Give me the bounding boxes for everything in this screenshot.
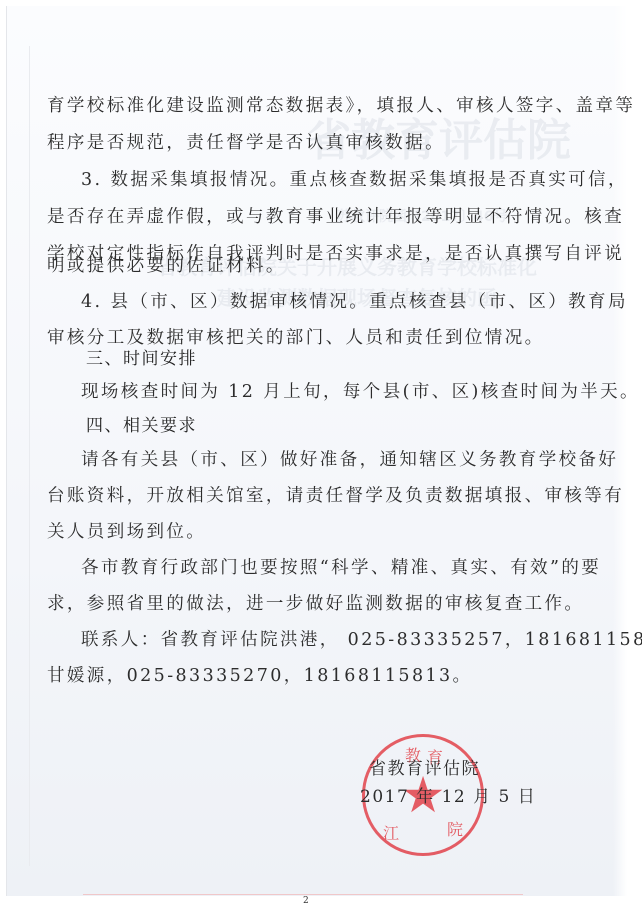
seal-char: 江 (383, 821, 399, 844)
seal-char: 院 (447, 817, 463, 840)
paragraph-line: 各市教育行政部门也要按照“科学、精准、真实、有效”的要 (81, 554, 601, 579)
section-heading-schedule: 三、时间安排 (86, 344, 197, 369)
paragraph-line: 程序是否规范，责任督学是否认真审核数据。 (47, 129, 445, 154)
contact-line: 联系人：省教育评估院洪港， 025-83335257，18168115838； (81, 626, 642, 651)
document-page: 省教育评估院 省教育评估院关于开展义务教育学校标准化 建设监测数据现场督查复核的… (6, 6, 627, 896)
paragraph-line: 台账资料，开放相关馆室，请责任督学及负责数据填报、审核等有 (47, 482, 624, 507)
section-heading-requirements: 四、相关要求 (86, 411, 197, 436)
paragraph-line: 现场核查时间为 12 月上旬，每个县(市、区)核查时间为半天。 (81, 378, 640, 403)
paragraph-line: 关人员到场到位。 (47, 518, 206, 543)
paragraph-line: 3. 数据采集填报情况。重点核查数据采集填报是否真实可信， (81, 166, 628, 191)
paragraph-line: 是否存在弄虚作假，或与教育事业统计年报等明显不符情况。核查 (47, 203, 624, 228)
page-number: 2 (303, 896, 309, 906)
contact-line: 甘媛源，025-83335270，18168115813。 (47, 662, 472, 687)
paragraph-line: 请各有关县（市、区）做好准备，通知辖区义务教育学校备好 (81, 446, 618, 471)
paragraph-line: 明或提供必要的佐证材料。 (47, 252, 286, 277)
paragraph-line: 育学校标准化建设监测常态数据表》，填报人、审核人签字、盖章等 (47, 92, 635, 117)
scan-fold-line (29, 46, 30, 866)
paragraph-line: 求，参照省里的做法，进一步做好监测数据的审核复查工作。 (47, 590, 584, 615)
signature-organization: 省教育评估院 (369, 754, 480, 779)
signature-date: 2017 年 12 月 5 日 (360, 782, 536, 807)
footer-divider (83, 894, 523, 895)
paragraph-line: 4. 县（市、区）数据审核情况。重点核查县（市、区）教育局 (81, 288, 628, 313)
